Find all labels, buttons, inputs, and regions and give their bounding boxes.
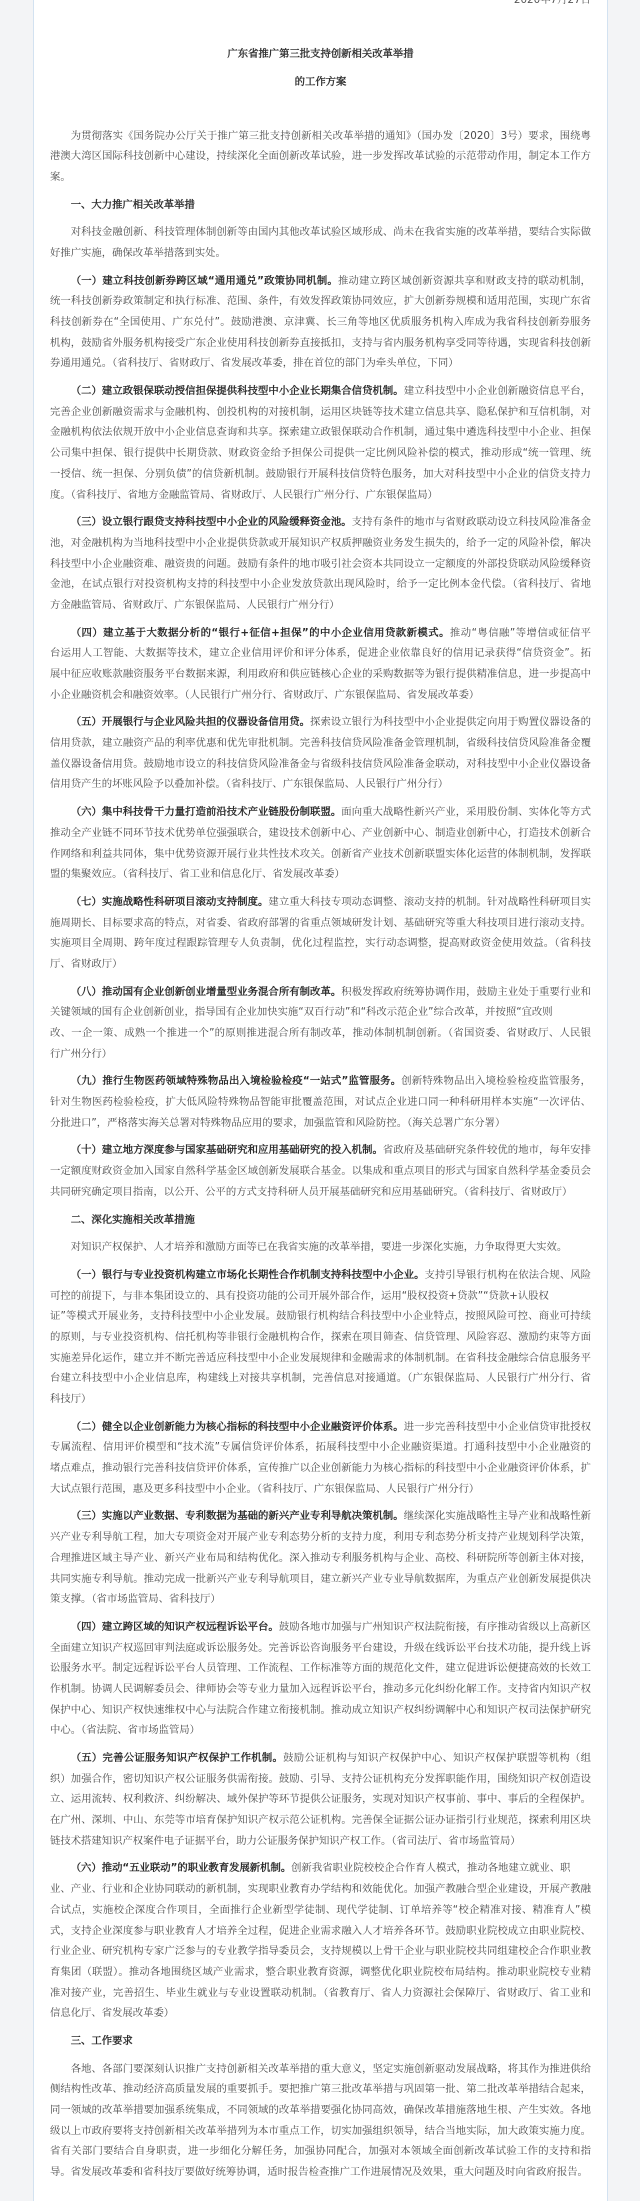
item-title: （十）建立地方深度参与国家基础研究和应用基础研究的投入机制。 xyxy=(71,1144,383,1156)
reform-item: （三）设立银行跟贷支持科技型中小企业的风险缓释资金池。支持有条件的地市与省财政联… xyxy=(50,512,591,615)
item-text: 推动建立跨区域创新资源共享和财政支持的联动机制， xyxy=(338,275,591,287)
text-line: 案。 xyxy=(50,167,591,188)
reform-item: （八）推动国有企业创新创业增量型业务混合所有制改革。积极发挥政府统筹协调作用，鼓… xyxy=(50,982,591,1065)
section-intro: 各地、各部门要深刻认识推广支持创新相关改革举措的重大意义，坚定实施创新驱动发展战… xyxy=(50,2059,591,2183)
reform-item: （二）健全以企业创新能力为核心指标的科技型中小企业融资评价体系。进一步完善科技型… xyxy=(50,1417,591,1500)
item-text: 推动“粤信融”等增信或征信平 xyxy=(450,627,591,639)
title-line: 的工作方案 xyxy=(50,72,591,93)
text-line: （六）推动“五业联动”的职业教育发展新机制。创新我省职业院校校企合作育人模式，推… xyxy=(50,1858,591,1879)
text-line: （七）实施战略性科研项目滚动支持制度。建立重大科技专项动态调整、滚动支持的机制。… xyxy=(50,892,591,913)
text-line: 共同实施专利导航。推动完成一批新兴产业专利导航项目，建立新兴产业专业导航数据库，… xyxy=(50,1569,591,1590)
text-line: 厅、省财政厅） xyxy=(50,954,591,975)
reform-item: （十）建立地方深度参与国家基础研究和应用基础研究的投入机制。省政府及基础研究条件… xyxy=(50,1140,591,1202)
item-title: （九）推行生物医药领域特殊物品出入境检验检疫“一站式”监管服务。 xyxy=(71,1075,402,1087)
section-intro: 对科技金融创新、科技管理体制创新等由国内其他改革试验区域形成、尚未在我省实施的改… xyxy=(50,222,591,263)
text-line: 保护中心、知识产权快速维权中心与法院合作建立衔接机制。推动成立知识产权纠纷调解中… xyxy=(50,1700,591,1721)
text-line: 度。（省科技厅、省地方金融监管局、省财政厅、人民银行广州分行、广东银保监局） xyxy=(50,485,591,506)
text-line: （一）建立科技创新券跨区域“通用通兑”政策协同机制。推动建立跨区域创新资源共享和… xyxy=(50,271,591,292)
document-content: 2020年7月27日 广东省推广第三批支持创新相关改革举措 的工作方案 为贯彻落… xyxy=(34,0,607,2183)
text-line: 盖仪器设备信用贷。鼓励地市设立的科技信贷风险准备金与省级科技信贷风险准备金联动，… xyxy=(50,754,591,775)
text-line: 全面建立知识产权巡回审判法庭或诉讼服务处。完善诉讼咨询服务平台建设，升级在线诉讼… xyxy=(50,1638,591,1659)
text-line: 业、产业、行业和企业协同联动的新机制，实现职业教育办学结构和效能优化。加强产教融… xyxy=(50,1879,591,1900)
text-line: 大试点银行范围，惠及更多科技型中小企业。（省科技厅、广东银保监局、人民银行广州分… xyxy=(50,1479,591,1500)
item-text: 鼓励公证机构与知识产权保护中心、知识产权保护联盟等机构（组 xyxy=(283,1752,591,1764)
text-line: （四）建立基于大数据分析的“银行+征信+担保”的中小企业信用贷款新模式。推动“粤… xyxy=(50,623,591,644)
text-line: 统一科技创新券政策制定和执行标准、范围、条件，有效发挥政策协同效应，扩大创新券规… xyxy=(50,291,591,312)
text-line: 方金融监管局、省财政厅、广东银保监局、人民银行广州分行） xyxy=(50,595,591,616)
text-line: 港澳大湾区国际科技创新中心建设，持续深化全面创新改革试验，进一步发挥改革试验的示… xyxy=(50,146,591,167)
text-line: 对科技金融创新、科技管理体制创新等由国内其他改革试验区域形成、尚未在我省实施的改… xyxy=(50,222,591,243)
item-title: （一）建立科技创新券跨区域“通用通兑”政策协同机制。 xyxy=(71,275,338,287)
text-line: 的原则，与专业投资机构、信托机构等非银行金融机构合作，探索在项目筛查、信贷管理、… xyxy=(50,1327,591,1348)
item-title: （七）实施战略性科研项目滚动支持制度。 xyxy=(71,896,269,908)
text-line: （三）设立银行跟贷支持科技型中小企业的风险缓释资金池。支持有条件的地市与省财政联… xyxy=(50,512,591,533)
text-line: 导。省发展改革委和省科技厅要做好统筹协调，适时报告检查推广工作进展情况及效果，重… xyxy=(50,2162,591,2183)
text-line: 准对接产业，完善招生、毕业生就业与专业设置联动机制。（省教育厅、省人力资源社会保… xyxy=(50,1983,591,2004)
text-line: 关键领域的国有企业创新创业，指导国有企业加快实施“双百行动”和“科改示范企业”综… xyxy=(50,1002,591,1023)
reform-item: （三）实施以产业数据、专利数据为基础的新兴产业专利导航决策机制。继续深化实施战略… xyxy=(50,1506,591,1609)
text-line: 同一领域的改革举措要加强系统集成，不同领域的改革举措要强化协同高效，确保改革措施… xyxy=(50,2100,591,2121)
text-line: 信用贷款，建立融资产品的利率优惠和优先审批机制。完善科技信贷风险准备金管理机制，… xyxy=(50,733,591,754)
section-heading-block: 三、工作要求 xyxy=(50,2031,591,2052)
text-line: 对知识产权保护、人才培养和激励方面等已在我省实施的改革举措，要进一步深化实施，力… xyxy=(50,1237,591,1258)
text-line: （八）推动国有企业创新创业增量型业务混合所有制改革。积极发挥政府统筹协调作用，鼓… xyxy=(50,982,591,1003)
text-line: 在广州、深圳、中山、东莞等市培育保护知识产权示范公证机构。完善保全证据公证办证指… xyxy=(50,1810,591,1831)
reform-item: （六）推动“五业联动”的职业教育发展新机制。创新我省职业院校校企合作育人模式，推… xyxy=(50,1858,591,2024)
text-line: 信用贷产生的坏账风险予以叠加补偿。（省科技厅、广东银保监局、人民银行广州分行） xyxy=(50,774,591,795)
section-heading: 二、深化实施相关改革措施 xyxy=(50,1210,591,1231)
text-line: 省有关部门要结合自身职责，进一步细化分解任务，加强协同配合，加强对本领域全面创新… xyxy=(50,2141,591,2162)
section-deepen-reforms: 二、深化实施相关改革措施 对知识产权保护、人才培养和激励方面等已在我省实施的改革… xyxy=(50,1210,591,2024)
section-heading: 一、大力推广相关改革举措 xyxy=(50,195,591,216)
text-line: 科技厅） xyxy=(50,1389,591,1410)
text-line: 实施差异化运作，建立并不断完善适应科技型中小企业发展规律和金融需求的体制机制。在… xyxy=(50,1348,591,1369)
text-line: 池，对金融机构为当地科技型中小企业提供贷款或开展知识产权质押融资业务发生损失的，… xyxy=(50,533,591,554)
item-text: 建立科技型中小企业创新融资信息平台， xyxy=(404,385,591,397)
text-line: 侧结构性改革、推动经济高质量发展的重要抓手。要把推广第三批改革举措与巩固第一批、… xyxy=(50,2079,591,2100)
item-title: （五）开展银行与企业风险共担的仪器设备信用贷。 xyxy=(71,716,310,728)
reform-item: （五）完善公证服务知识产权保护工作机制。鼓励公证机构与知识产权保护中心、知识产权… xyxy=(50,1748,591,1851)
item-text: 积极发挥政府统筹协调作用，鼓励主业处于重要行业和 xyxy=(341,986,591,998)
item-text: 创新我省职业院校校企合作育人模式，推动各地建立就业、职 xyxy=(291,1862,570,1874)
section-heading-block: 二、深化实施相关改革措施 xyxy=(50,1210,591,1231)
text-line: 合理推进区域主导产业、新兴产业布局和结构优化。深入推动专利服务机构与企业、高校、… xyxy=(50,1548,591,1569)
text-line: 式，支持企业深度参与职业教育人才培养全过程，促进企业需求融入人才培养各环节。鼓励… xyxy=(50,1921,591,1942)
section-heading: 三、工作要求 xyxy=(50,2031,591,2052)
text-line: 一授信、统一担保、分别负债”的信贷新机制。鼓励银行开展科技信贷特色服务，加大对科… xyxy=(50,464,591,485)
text-line: 兴产业专利导航工程，加大专项资金对开展产业专利态势分析的支持力度，利用专利态势分… xyxy=(50,1527,591,1548)
reform-item: （一）银行与专业投资机构建立市场化长期性合作机制支持科技型中小企业。支持引导银行… xyxy=(50,1265,591,1410)
text-line: （九）推行生物医药领域特殊物品出入境检验检疫“一站式”监管服务。创新特殊物品出入… xyxy=(50,1071,591,1092)
text-line: 科技创新券在“全国使用、广东兑付”。鼓励港澳、京津冀、长三角等地区优质服务机构入… xyxy=(50,312,591,333)
text-line: 策支撑。（省市场监管局、省科技厅） xyxy=(50,1589,591,1610)
text-line: （十）建立地方深度参与国家基础研究和应用基础研究的投入机制。省政府及基础研究条件… xyxy=(50,1140,591,1161)
text-line: 级以上市政府要将支持创新相关改革举措列为本市重点工作，切实加强组织领导，结合当地… xyxy=(50,2121,591,2142)
text-line: 合试点，实施校企深度合作项目，全面推行企业新型学徒制、现代学徒制、订单培养等“校… xyxy=(50,1900,591,1921)
item-text: 建立重大科技专项动态调整、滚动支持的机制。针对战略性科研项目实 xyxy=(268,896,591,908)
item-title: （四）建立跨区域的知识产权远程诉讼平台。 xyxy=(71,1621,279,1633)
section-intro: 对知识产权保护、人才培养和激励方面等已在我省实施的改革举措，要进一步深化实施，力… xyxy=(50,1237,591,1258)
text-line: 立、运用流转、权利救济、纠纷解决、域外保护等环节提供公证服务，实现对知识产权事前… xyxy=(50,1789,591,1810)
reform-item: （五）开展银行与企业风险共担的仪器设备信用贷。探索设立银行为科技型中小企业提供定… xyxy=(50,712,591,795)
text-line: 行广州分行） xyxy=(50,1044,591,1065)
document-title: 广东省推广第三批支持创新相关改革举措 的工作方案 xyxy=(50,0,591,92)
text-line: 中心。（省法院、省市场监管局） xyxy=(50,1720,591,1741)
text-line: 台运用人工智能、大数据等技术，建立企业信用评价和评分体系，促进企业依靠良好的信用… xyxy=(50,643,591,664)
text-line: （二）建立政银保联动授信担保提供科技型中小企业长期集合信贷机制。建立科技型中小企… xyxy=(50,381,591,402)
text-line: 各地、各部门要深刻认识推广支持创新相关改革举措的重大意义，坚定实施创新驱动发展战… xyxy=(50,2059,591,2080)
item-text: 创新特殊物品出入境检验检疫监管服务， xyxy=(401,1075,591,1087)
reform-item: （二）建立政银保联动授信担保提供科技型中小企业长期集合信贷机制。建立科技型中小企… xyxy=(50,381,591,505)
text-line: 针对生物医药检验检疫，扩大低风险特殊物品智能审批覆盖范围，对试点企业进口同一种科… xyxy=(50,1092,591,1113)
item-text: 省政府及基础研究条件较优的地市，每年安排 xyxy=(383,1144,591,1156)
item-title: （二）建立政银保联动授信担保提供科技型中小企业长期集合信贷机制。 xyxy=(71,385,404,397)
text-line: 施周期长、目标要求高的特点，对省委、省政府部署的省重点领域研发计划、基础研究等重… xyxy=(50,913,591,934)
text-line: 信息化厅、省发展改革委） xyxy=(50,2003,591,2024)
text-line: 作机制。协调人民调解委员会、律师协会等专业力量加入远程诉讼平台，推动多元化纠纷化… xyxy=(50,1679,591,1700)
text-line: 券通用通兑。（省科技厅、省财政厅、省发展改革委，排在首位的部门为牵头单位，下同） xyxy=(50,353,591,374)
text-line: 公司集中担保、银行提供中长期贷款、财政资金给予担保公司提供一定比例风险补偿的模式… xyxy=(50,443,591,464)
title-line: 广东省推广第三批支持创新相关改革举措 xyxy=(50,44,591,65)
text-line: 实施项目全周期、跨年度过程跟踪管理专人负责制，优化过程监控，实行动态调整，提高财… xyxy=(50,933,591,954)
text-line: 科技型中小企业融资难、融资贵的问题。鼓励有条件的地市吸引社会资本共同设立一定额度… xyxy=(50,554,591,575)
text-line: 一定额度财政资金加入国家自然科学基金区域创新发展联合基金。以集成和重点项目的形式… xyxy=(50,1161,591,1182)
text-line: （三）实施以产业数据、专利数据为基础的新兴产业专利导航决策机制。继续深化实施战略… xyxy=(50,1506,591,1527)
item-title: （四）建立基于大数据分析的“银行+征信+担保”的中小企业信用贷款新模式。 xyxy=(71,627,450,639)
text-line: 链技术搭建知识产权案件电子证据平台，助力公证服务保护知识产权工作。（省司法厅、省… xyxy=(50,1831,591,1852)
item-text: 探索设立银行为科技型中小企业提供定向用于购置仪器设备的 xyxy=(310,716,591,728)
text-line: 堵点难点，推动银行完善科技信贷评价体系，宣传推广以企业创新能力为核心指标的科技型… xyxy=(50,1458,591,1479)
item-text: 鼓励各地市加强与广州知识产权法院衔接，有序推动省级以上高新区 xyxy=(279,1621,591,1633)
item-text: 面向重大战略性新兴产业，采用股份制、实体化等方式 xyxy=(341,806,591,818)
text-line: 推动全产业链不同环节技术优势单位强强联合，建设技术创新中心、产业创新中心、制造业… xyxy=(50,823,591,844)
text-line: 为贯彻落实《国务院办公厅关于推广第三批支持创新相关改革举措的通知》（国办发〔20… xyxy=(50,126,591,147)
item-text: 进一步完善科技型中小企业信贷审批授权 xyxy=(404,1421,591,1433)
item-title: （二）健全以企业创新能力为核心指标的科技型中小企业融资评价体系。 xyxy=(71,1421,404,1433)
item-title: （五）完善公证服务知识产权保护工作机制。 xyxy=(71,1752,283,1764)
reform-item: （一）建立科技创新券跨区域“通用通兑”政策协同机制。推动建立跨区域创新资源共享和… xyxy=(50,271,591,374)
text-line: 小企业融资机会和融资效率。（人民银行广州分行、省财政厅、广东银保监局、省发展改革… xyxy=(50,685,591,706)
text-line: 台建立科技型中小企业信息库，构建线上对接共享机制，完善信息对接通道。（广东银保监… xyxy=(50,1368,591,1389)
reform-item: （九）推行生物医药领域特殊物品出入境检验检疫“一站式”监管服务。创新特殊物品出入… xyxy=(50,1071,591,1133)
section-promote-reforms: 一、大力推广相关改革举措 对科技金融创新、科技管理体制创新等由国内其他改革试验区… xyxy=(50,195,591,1203)
text-line: 织）加强合作，密切知识产权公证服务供需衔接。鼓励、引导、支持公证机构充分发挥职能… xyxy=(50,1769,591,1790)
text-line: （四）建立跨区域的知识产权远程诉讼平台。鼓励各地市加强与广州知识产权法院衔接，有… xyxy=(50,1617,591,1638)
text-line: 机构，鼓励省外服务机构接受广东企业使用科技创新券直接抵扣，支持与省内服务机构享受… xyxy=(50,333,591,354)
text-line: （二）健全以企业创新能力为核心指标的科技型中小企业融资评价体系。进一步完善科技型… xyxy=(50,1417,591,1438)
text-line: （五）开展银行与企业风险共担的仪器设备信用贷。探索设立银行为科技型中小企业提供定… xyxy=(50,712,591,733)
text-line: 金池，在试点银行对投资机构支持的科技型中小企业发放贷款出现风险时，给予一定比例本… xyxy=(50,574,591,595)
document-panel: 2020年7月27日 广东省推广第三批支持创新相关改革举措 的工作方案 为贯彻落… xyxy=(33,0,608,2201)
reform-item: （六）集中科技骨干力量打造前沿技术产业链股份制联盟。面向重大战略性新兴产业，采用… xyxy=(50,802,591,885)
item-title: （六）集中科技骨干力量打造前沿技术产业链股份制联盟。 xyxy=(71,806,342,818)
item-title: （三）设立银行跟贷支持科技型中小企业的风险缓释资金池。 xyxy=(71,516,352,528)
item-title: （六）推动“五业联动”的职业教育发展新机制。 xyxy=(71,1862,291,1874)
text-line: 可控的前提下，与非本集团设立的、具有投资功能的公司开展外部合作，运用“股权投资+… xyxy=(50,1286,591,1307)
text-line: 专属流程、信用评价模型和“技术流”专属信贷评价体系，拓展科技型中小企业融资渠道。… xyxy=(50,1437,591,1458)
text-line: 改、一企一策、成熟一个推进一个”的原则推进混合所有制改革，推动体制机制创新。（省… xyxy=(50,1023,591,1044)
reform-item: （四）建立跨区域的知识产权远程诉讼平台。鼓励各地市加强与广州知识产权法院衔接，有… xyxy=(50,1617,591,1741)
text-line: 作网络和利益共同体，集中优势资源开展行业共性技术攻关。创新省产业技术创新联盟实体… xyxy=(50,844,591,865)
reform-item: （四）建立基于大数据分析的“银行+征信+担保”的中小企业信用贷款新模式。推动“粤… xyxy=(50,623,591,706)
item-text: 支持引导银行机构在依法合规、风险 xyxy=(425,1269,591,1281)
text-line: （六）集中科技骨干力量打造前沿技术产业链股份制联盟。面向重大战略性新兴产业，采用… xyxy=(50,802,591,823)
text-line: 证”等模式开展业务，支持科技型中小企业发展。鼓励银行机构结合科技型中小企业特点，… xyxy=(50,1306,591,1327)
item-title: （一）银行与专业投资机构建立市场化长期性合作机制支持科技型中小企业。 xyxy=(71,1269,425,1281)
text-line: 行业企业、研究机构专家广泛参与的专业教学指导委员会，支持规模以上骨干企业与职业院… xyxy=(50,1941,591,1962)
text-line: （一）银行与专业投资机构建立市场化长期性合作机制支持科技型中小企业。支持引导银行… xyxy=(50,1265,591,1286)
text-line: 展中征应收账款融资服务平台数据来源，利用政府和供应链核心企业的采购数据等为银行提… xyxy=(50,664,591,685)
section-work-requirements: 三、工作要求 各地、各部门要深刻认识推广支持创新相关改革举措的重大意义，坚定实施… xyxy=(50,2031,591,2183)
intro-paragraph: 为贯彻落实《国务院办公厅关于推广第三批支持创新相关改革举措的通知》（国办发〔20… xyxy=(50,126,591,188)
item-text: 继续深化实施战略性主导产业和战略性新 xyxy=(404,1510,591,1522)
item-text: 支持有条件的地市与省财政联动设立科技风险准备金 xyxy=(352,516,591,528)
text-line: 育集团（联盟）。推动各地围绕区域产业需求，整合职业教育资源，调整优化职业院校布局… xyxy=(50,1962,591,1983)
text-line: 好推广实施，确保改革举措落到实处。 xyxy=(50,243,591,264)
text-line: 讼服务水平。制定远程诉讼平台人员管理、工作流程、工作标准等方面的规范化文件，建立… xyxy=(50,1658,591,1679)
text-line: （五）完善公证服务知识产权保护工作机制。鼓励公证机构与知识产权保护中心、知识产权… xyxy=(50,1748,591,1769)
item-title: （八）推动国有企业创新创业增量型业务混合所有制改革。 xyxy=(71,986,342,998)
publish-date: 2020年7月27日 xyxy=(514,0,591,10)
text-line: 完善企业创新融资需求与金融机构、创投机构的对接机制，运用区块链等技术建立信息共享… xyxy=(50,402,591,423)
section-heading-block: 一、大力推广相关改革举措 xyxy=(50,195,591,216)
text-line: 分批进口”，严格落实海关总署对特殊物品应用的要求，加强监管和风险防控。（海关总署… xyxy=(50,1113,591,1134)
item-title: （三）实施以产业数据、专利数据为基础的新兴产业专利导航决策机制。 xyxy=(71,1510,404,1522)
reform-item: （七）实施战略性科研项目滚动支持制度。建立重大科技专项动态调整、滚动支持的机制。… xyxy=(50,892,591,975)
text-line: 共同研究确定项目指南，以公开、公平的方式支持科研人员开展基础研究和应用基础研究。… xyxy=(50,1182,591,1203)
text-line: 金融机构依法依规开放中小企业信息查询和共享。探索建立政银保联动合作机制，通过集中… xyxy=(50,422,591,443)
text-line: 盟的集聚效应。（省科技厅、省工业和信息化厅、省发展改革委） xyxy=(50,864,591,885)
